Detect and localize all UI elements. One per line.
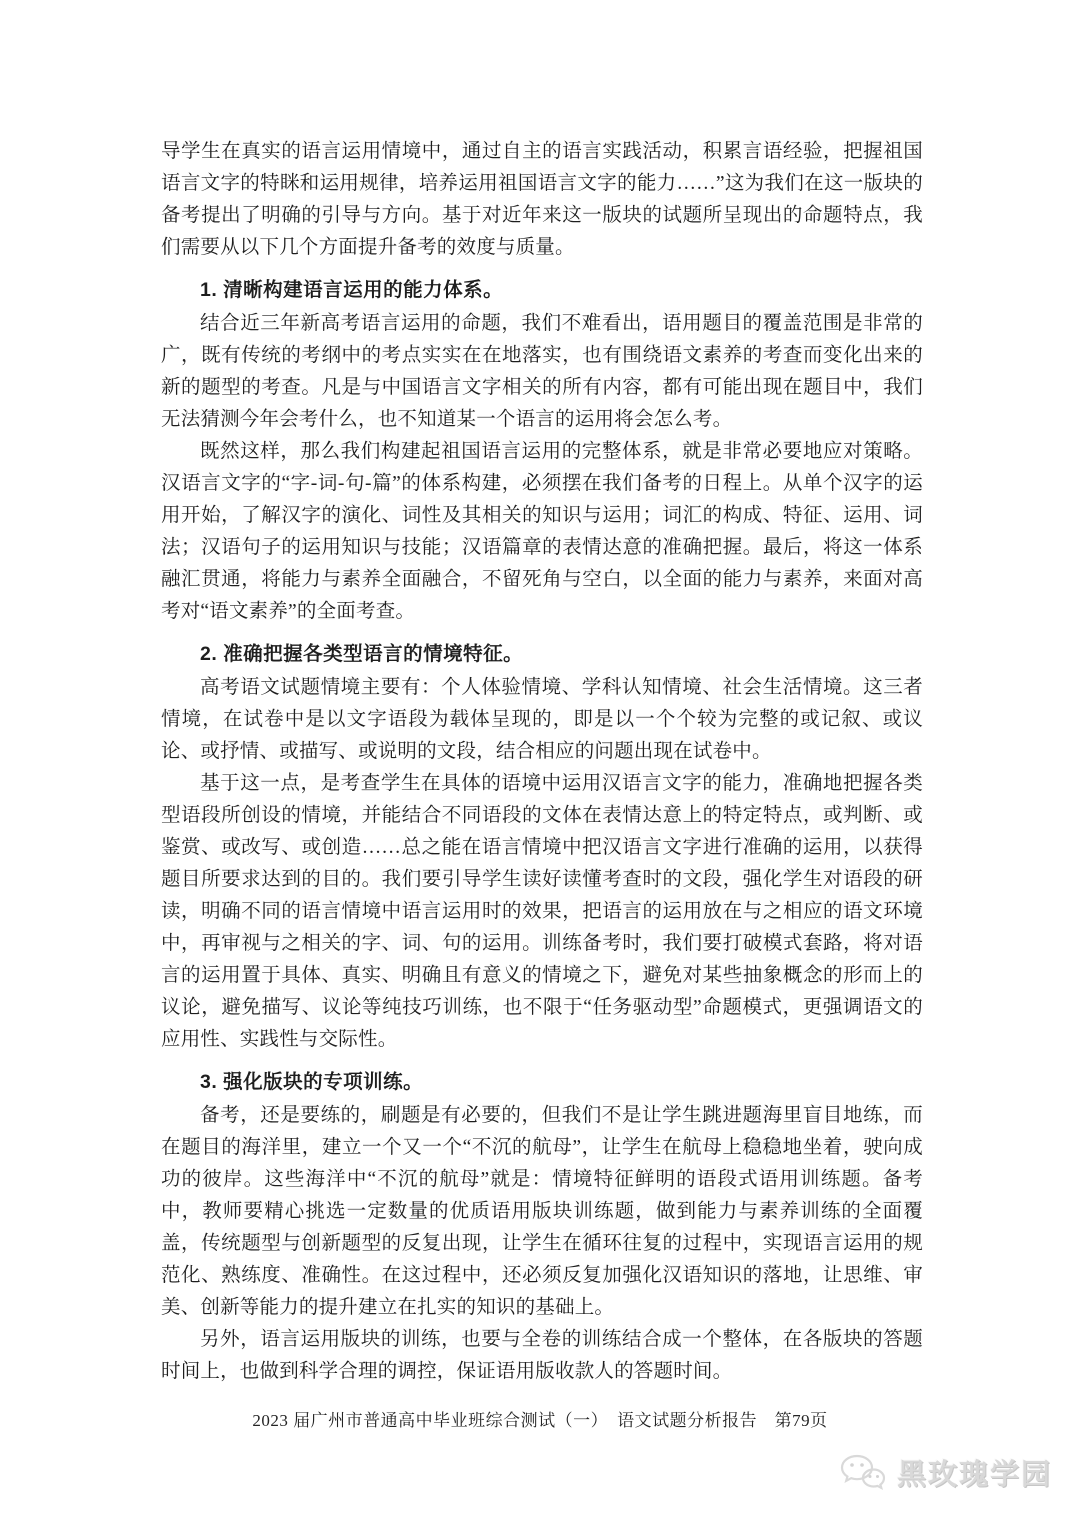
page-footer: 2023 届广州市普通高中毕业班综合测试（一） 语文试题分析报告 第79页 <box>0 1406 1080 1431</box>
watermark: 黑玫瑰学园 <box>839 1452 1052 1493</box>
section-heading-2: 2. 准确把握各类型语言的情境特征。 <box>161 638 923 670</box>
paragraph-continuation: 导学生在真实的语言运用情境中，通过自主的语言实践活动，积累言语经验，把握祖国语言… <box>161 136 923 264</box>
document-text-block: 导学生在真实的语言运用情境中，通过自主的语言实践活动，积累言语经验，把握祖国语言… <box>161 136 923 1388</box>
section-heading-1: 1. 清晰构建语言运用的能力体系。 <box>161 274 923 306</box>
paragraph: 高考语文试题情境主要有：个人体验情境、学科认知情境、社会生活情境。这三者情境，在… <box>161 672 923 768</box>
paragraph: 既然这样，那么我们构建起祖国语言运用的完整体系，就是非常必要地应对策略。汉语言文… <box>161 436 923 628</box>
paragraph: 结合近三年新高考语言运用的命题，我们不难看出，语用题目的覆盖范围是非常的广，既有… <box>161 308 923 436</box>
section-heading-3: 3. 强化版块的专项训练。 <box>161 1066 923 1098</box>
document-page: 导学生在真实的语言运用情境中，通过自主的语言实践活动，积累言语经验，把握祖国语言… <box>0 0 1080 1527</box>
wechat-icon <box>839 1453 887 1493</box>
paragraph: 备考，还是要练的，刷题是有必要的，但我们不是让学生跳进题海里盲目地练，而在题目的… <box>161 1100 923 1324</box>
watermark-label: 黑玫瑰学园 <box>897 1452 1052 1493</box>
paragraph: 基于这一点，是考查学生在具体的语境中运用汉语言文字的能力，准确地把握各类型语段所… <box>161 768 923 1056</box>
paragraph: 另外，语言运用版块的训练，也要与全卷的训练结合成一个整体，在各版块的答题时间上，… <box>161 1324 923 1388</box>
